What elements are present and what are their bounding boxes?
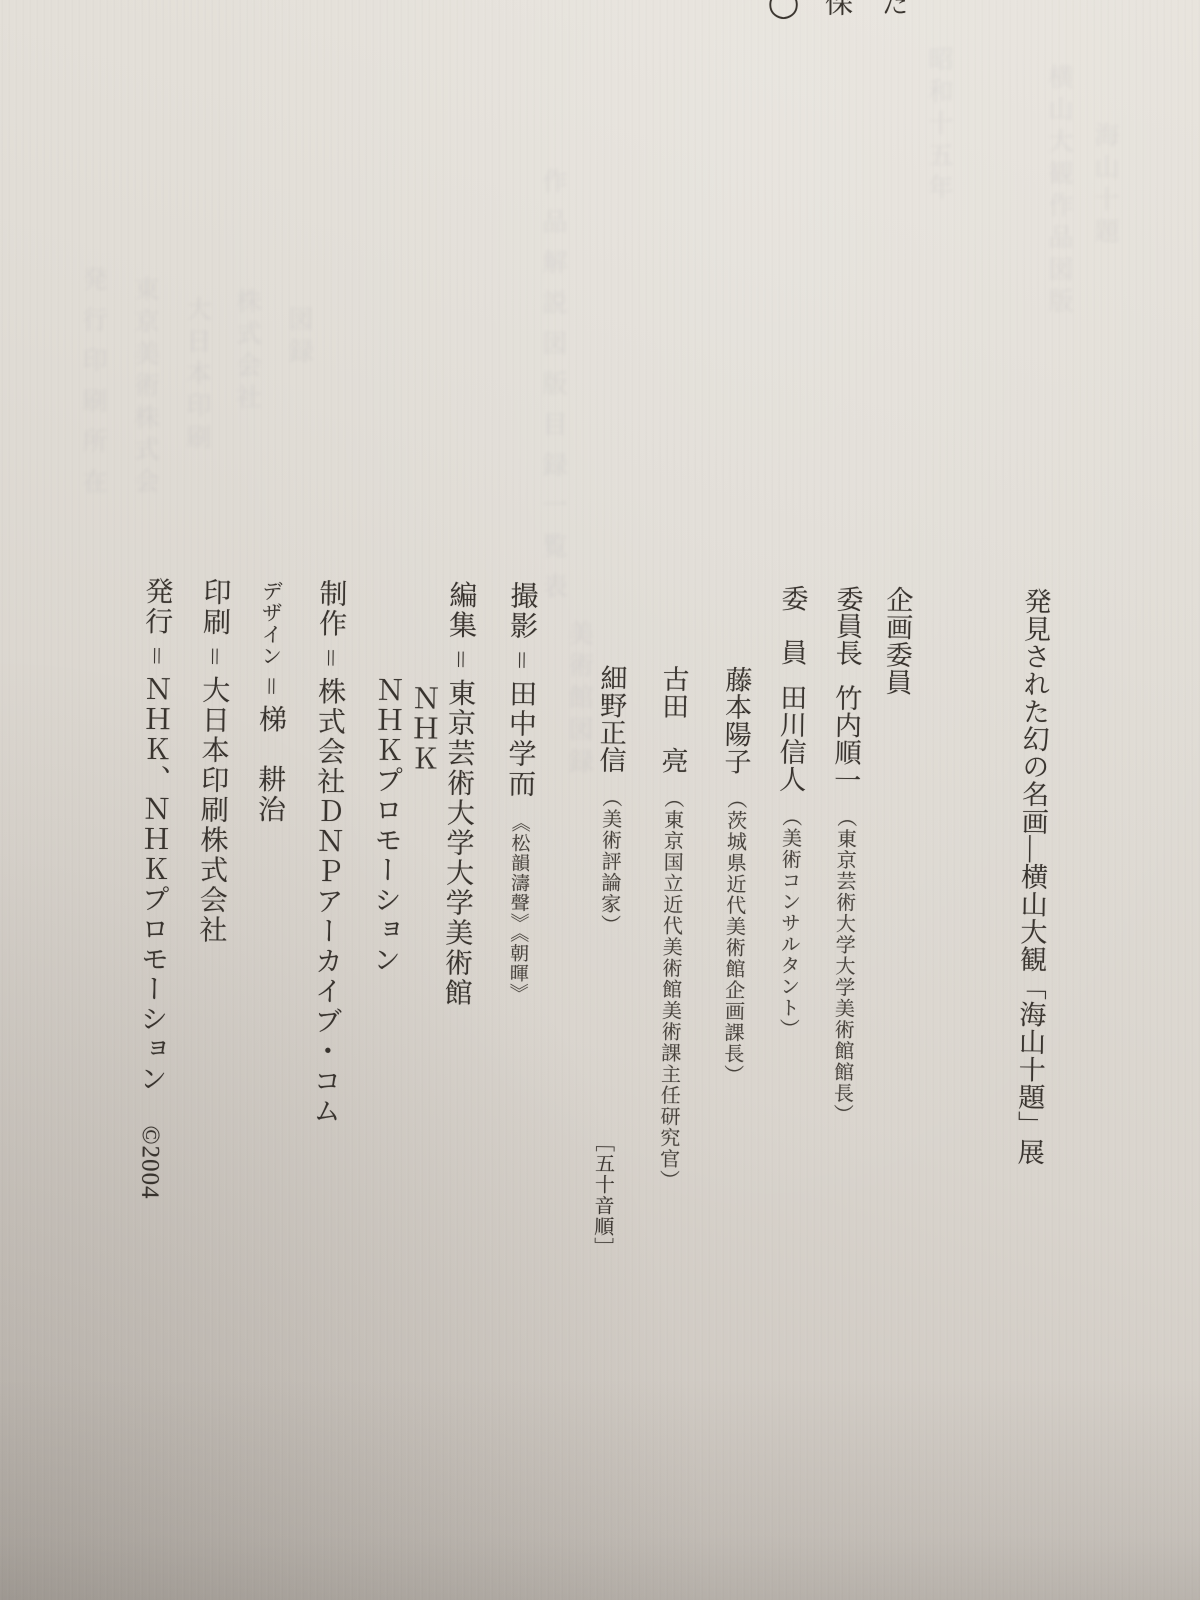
credit-edit-extra: ＮＨＫ bbox=[407, 684, 439, 774]
credit-edit-extra-column: ＮＨＫプロモーション bbox=[370, 675, 402, 975]
committee-heading: 企画委員 bbox=[881, 586, 912, 697]
credit-photo-column: 撮影＝田中学而 《松韻濤聲》《朝暉》 bbox=[502, 581, 535, 1003]
committee-member-column: 藤本陽子 （茨城県近代美術館企画課長） bbox=[717, 666, 749, 1086]
credit-edit-value: 東京芸術大学大学美術館 bbox=[440, 678, 475, 1008]
credit-production-label: 制作 bbox=[315, 579, 347, 639]
committee-member-affiliation: （茨城県近代美術館企画課長） bbox=[720, 789, 746, 1086]
copyright-notice: ©2004 bbox=[136, 1126, 164, 1200]
equals-sign: ＝ bbox=[144, 644, 169, 666]
committee-member-affiliation: （東京国立近代美術館美術課主任研究官） bbox=[656, 788, 683, 1191]
committee-member-column: 細野正信 （美術評論家） bbox=[594, 664, 624, 936]
committee-chair-role: 委員長 bbox=[832, 585, 863, 666]
credit-publish-value: ＮＨＫ、ＮＨＫプロモーション bbox=[135, 674, 171, 1094]
credit-edit-extra: ＮＨＫプロモーション bbox=[369, 675, 404, 975]
equals-sign: ＝ bbox=[202, 645, 227, 667]
exhibition-title: 発見された幻の名画―横山大観「海山十題」展 bbox=[1014, 587, 1051, 1166]
order-note-column: ［五十音順］ bbox=[591, 1132, 613, 1258]
credit-edit-extra-column: ＮＨＫ bbox=[408, 684, 437, 774]
committee-chair-affiliation: （東京芸術大学大学美術館館長） bbox=[830, 807, 856, 1125]
committee-member-name: 田川信人 bbox=[775, 683, 806, 792]
credit-print-label: 印刷 bbox=[199, 577, 231, 637]
committee-member-name: 古田 亮 bbox=[657, 665, 688, 774]
book-page-photo: 横山大観作品図版 海山十題 昭和十五年 作品解説図版目録一覧表 美術館図録 発行… bbox=[0, 0, 1200, 1600]
credit-print-value: 大日本印刷株式会社 bbox=[195, 675, 229, 945]
committee-chair-name: 竹内順一 bbox=[830, 684, 861, 793]
exhibition-title-column: 発見された幻の名画―横山大観「海山十題」展 bbox=[1015, 587, 1049, 1166]
equals-sign: ＝ bbox=[318, 647, 343, 669]
committee-heading-column: 企画委員 bbox=[882, 586, 910, 696]
committee-member-affiliation: （美術コンサルタント） bbox=[776, 806, 801, 1039]
credit-edit-column: 編集＝東京芸術大学大学美術館 bbox=[441, 580, 474, 1008]
colophon-block: 発見された幻の名画―横山大観「海山十題」展 企画委員 委員長 竹内順一 （東京芸… bbox=[0, 0, 1200, 1600]
order-note: ［五十音順］ bbox=[590, 1132, 614, 1258]
credit-photo-name: 田中学而 bbox=[504, 679, 536, 799]
committee-member-name: 細野正信 bbox=[595, 664, 626, 773]
equals-sign: ＝ bbox=[258, 674, 283, 696]
committee-chair-column: 委員長 竹内順一 （東京芸術大学大学美術館館長） bbox=[827, 585, 861, 1125]
credit-design-value: 梯 耕治 bbox=[254, 704, 286, 824]
credit-design-label: デザイン bbox=[259, 580, 284, 667]
equals-sign: ＝ bbox=[448, 648, 473, 670]
credit-publish-label: 発行 bbox=[141, 577, 173, 637]
credit-production-value: 株式会社ＤＮＰアーカイブ・コム bbox=[309, 677, 345, 1127]
credit-production-column: 制作＝株式会社ＤＮＰアーカイブ・コム bbox=[310, 579, 345, 1127]
credit-print-column: 印刷＝大日本印刷株式会社 bbox=[196, 577, 228, 945]
equals-sign: ＝ bbox=[509, 649, 534, 671]
committee-member-column: 委 員 田川信人 （美術コンサルタント） bbox=[773, 584, 806, 1040]
committee-member-role: 委 員 bbox=[777, 584, 808, 665]
credit-photo-works: 《松韻濤聲》《朝暉》 bbox=[506, 813, 529, 1003]
committee-member-column: 古田 亮 （東京国立近代美術館美術課主任研究官） bbox=[653, 665, 686, 1191]
committee-member-affiliation: （美術評論家） bbox=[597, 787, 621, 936]
credit-photo-label: 撮影 bbox=[506, 581, 538, 641]
credit-publish-column: 発行＝ＮＨＫ、ＮＨＫプロモーション ©2004 bbox=[135, 577, 171, 1201]
credit-design-column: デザイン＝梯 耕治 bbox=[255, 580, 286, 825]
credit-edit-label: 編集 bbox=[445, 580, 477, 640]
committee-member-name: 藤本陽子 bbox=[720, 666, 751, 775]
